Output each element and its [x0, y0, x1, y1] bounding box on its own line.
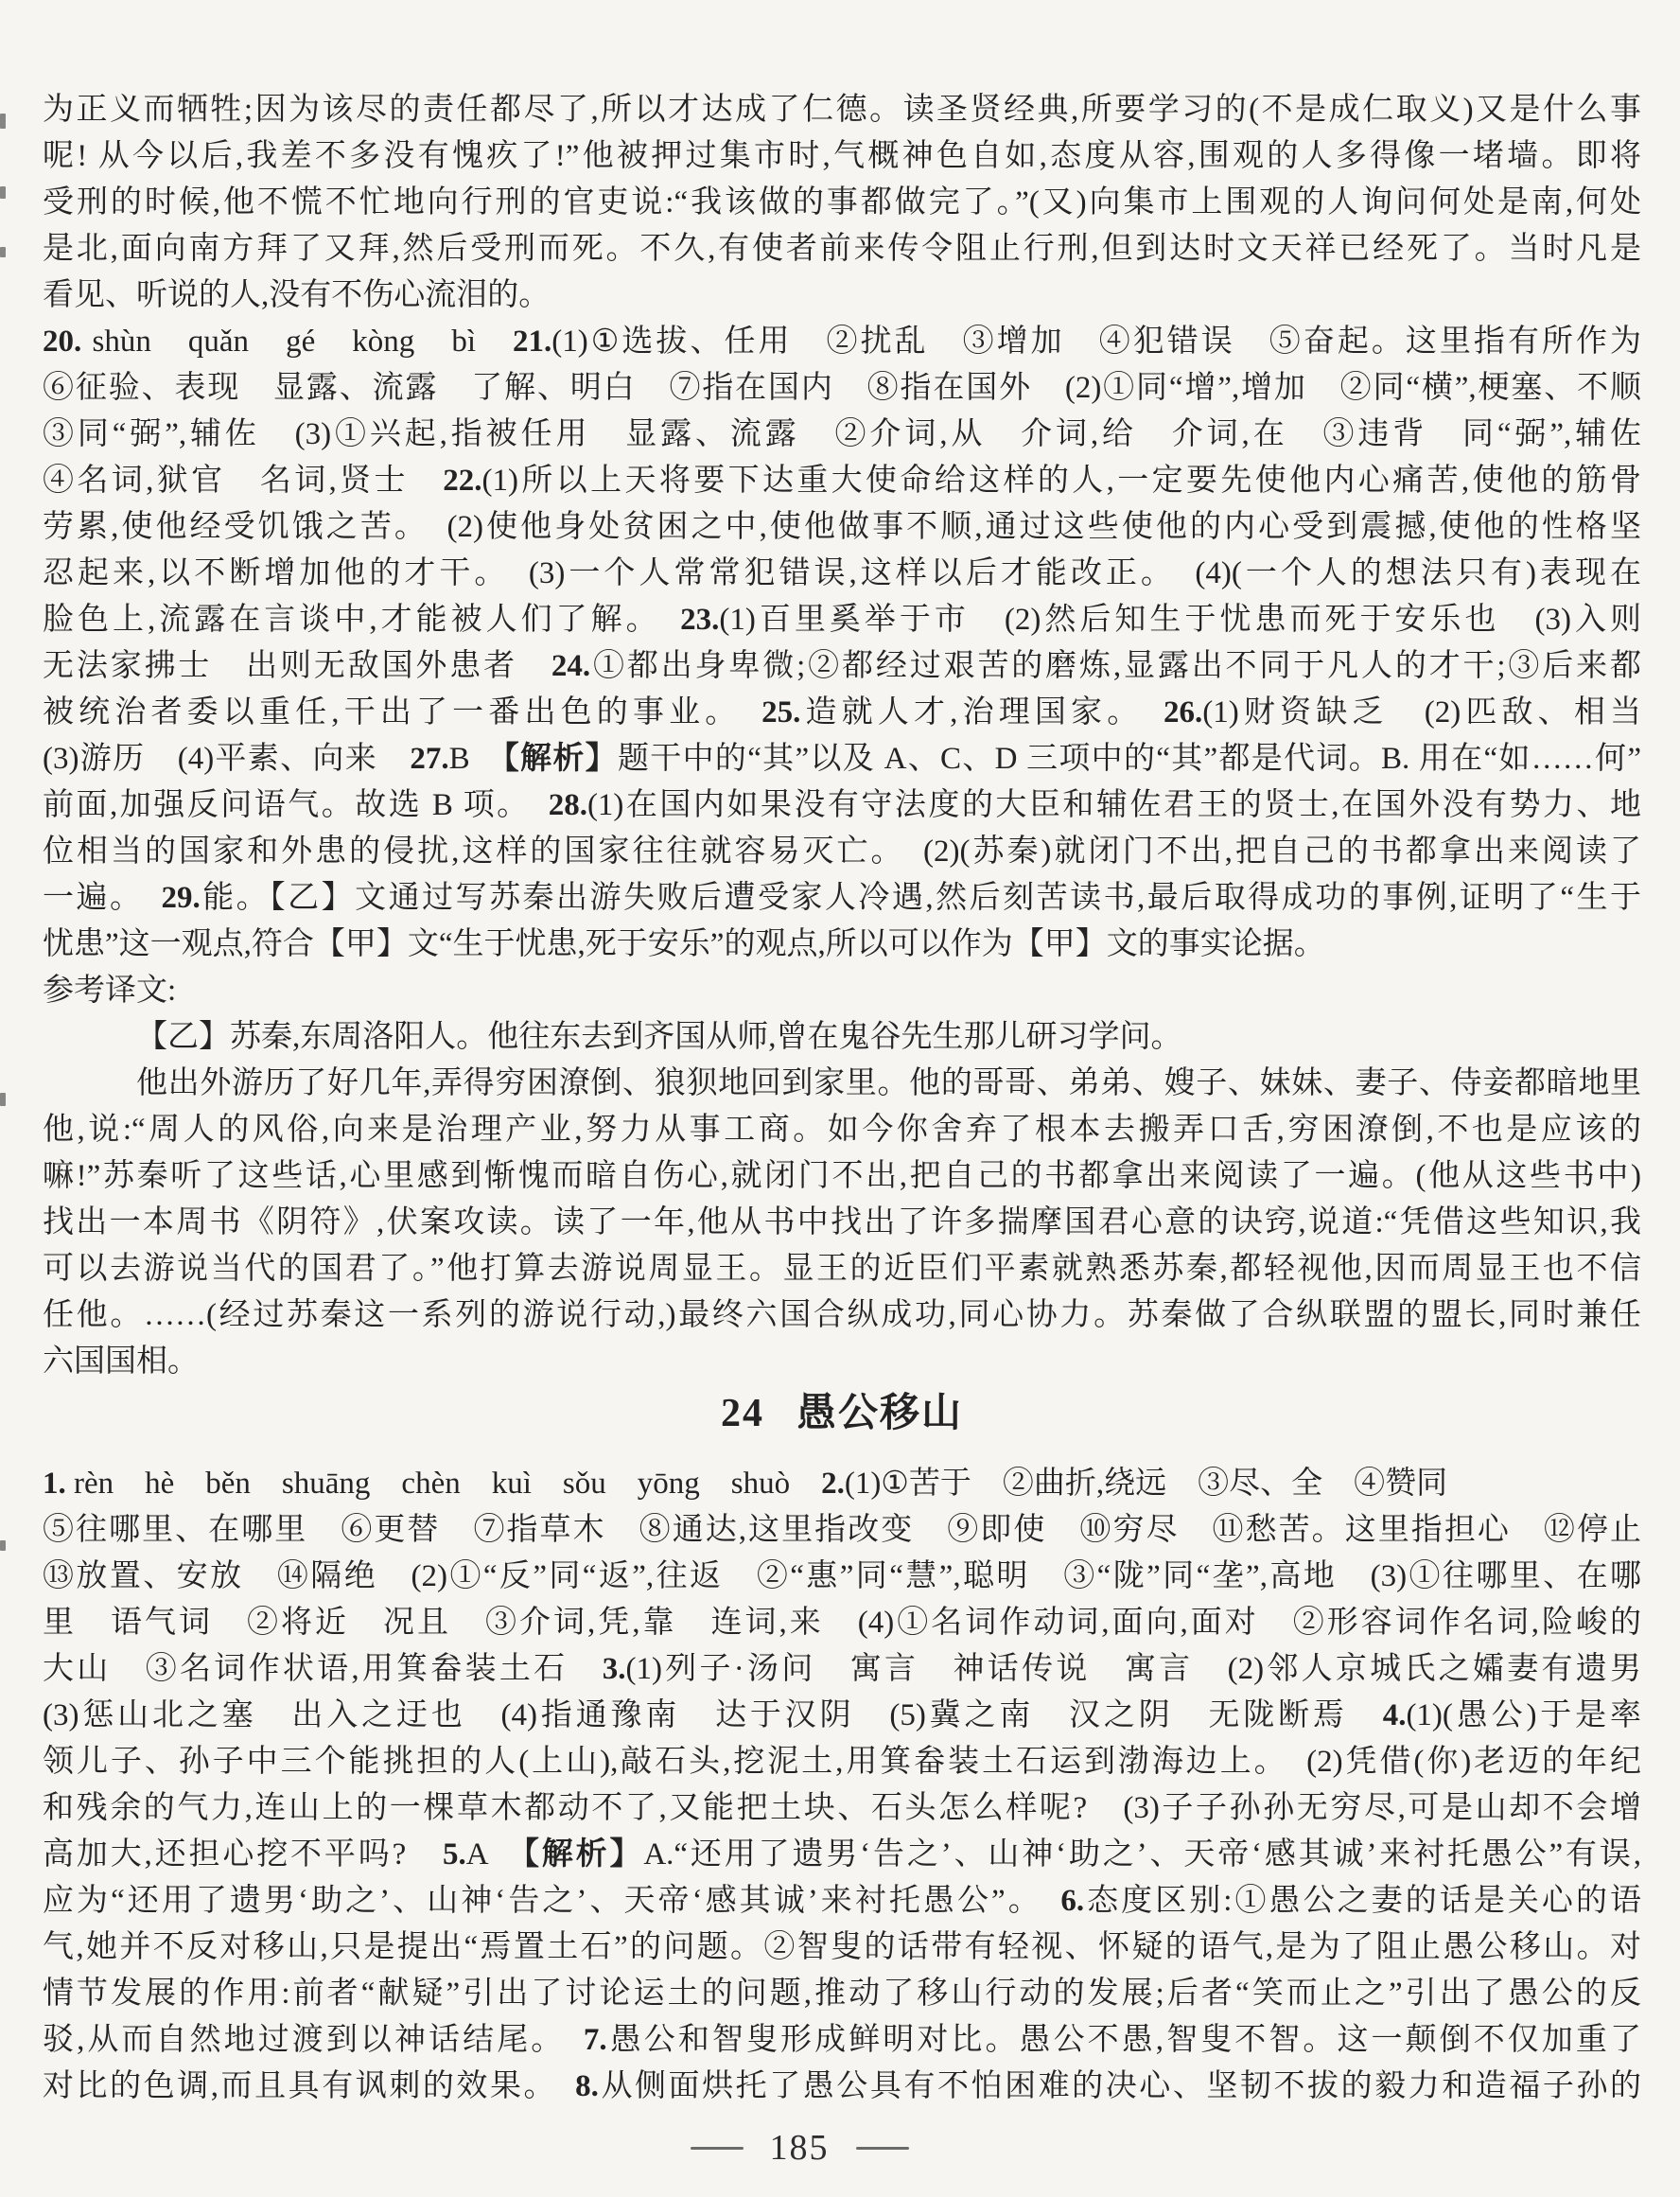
text-line: (3)惩山北之塞 出入之迂也 (4)指通豫南 达于汉阴 (5)冀之南 汉之阴 无…: [43, 1693, 1641, 1739]
text-line: 一遍。 29.能。【乙】文通过写苏秦出游失败后遭受家人冷遇,然后刻苦读书,最后取…: [43, 875, 1641, 922]
bold-segment: 23.: [680, 603, 719, 637]
section-header: 24愚公移山: [43, 1391, 1641, 1436]
text-segment: 劳累,使他经受饥饿之苦。 (2)使他身处贫困之中,使他做事不顺,通过这些使他的内…: [43, 510, 1641, 544]
section-title: 愚公移山: [796, 1392, 963, 1435]
text-line: 可以去游说当代的国君了。”他打算去游说周显王。显王的近臣们平素就熟悉苏秦,都轻视…: [43, 1246, 1641, 1292]
text-segment: rèn hè běn shuāng chèn kuì sǒu yōng shuò: [66, 1467, 821, 1501]
text-segment: ⑤往哪里、在哪里 ⑥更替 ⑦指草木 ⑧通达,这里指改变 ⑨即使 ⑩穷尽 ⑪愁苦。…: [43, 1513, 1641, 1547]
scan-edge-mark: [0, 247, 6, 257]
text-segment: 【乙】苏秦,东周洛阳人。他往东去到齐国从师,曾在鬼谷先生那儿研习学问。: [136, 1020, 1182, 1054]
bold-segment: 1.: [43, 1467, 66, 1501]
text-segment: ①都出身卑微;②都经过艰苦的磨炼,显露出不同于凡人的才干;③后来都: [590, 649, 1641, 683]
text-segment: 愚公和智叟形成鲜明对比。愚公不愚,智叟不智。这一颠倒不仅加重了: [607, 2023, 1641, 2057]
text-line: 领儿子、孙子中三个能挑担的人(上山),敲石头,挖泥土,用箕畚装土石运到渤海边上。…: [43, 1739, 1641, 1785]
text-line: 前面,加强反问语气。故选 B 项。 28.(1)在国内如果没有守法度的大臣和辅佐…: [43, 782, 1641, 829]
answers-block-2: 1. rèn hè běn shuāng chèn kuì sǒu yōng s…: [43, 1461, 1641, 2110]
text-segment: (1)百里奚举于市 (2)然后知生于忧患而死于安乐也 (3)入则: [719, 603, 1641, 637]
text-line: 参考译文:: [43, 968, 1641, 1014]
text-line: 20. shùn quǎn gé kòng bì 21.(1)①选拔、任用 ②扰…: [43, 319, 1641, 365]
text-segment: 驳,从而自然地过渡到以神话结尾。: [43, 2023, 584, 2057]
text-line: 他,说:“周人的风俗,向来是治理产业,努力从事工商。如今你舍弃了根本去搬弄口舌,…: [43, 1107, 1641, 1153]
text-segment: 里 语气词 ②将近 况且 ③介词,凭,靠 连词,来 (4)①名词作动词,面向,面…: [43, 1606, 1641, 1640]
text-segment: 是北,面向南方拜了又拜,然后受刑而死。不久,有使者前来传令阻止行刑,但到达时文天…: [43, 232, 1641, 266]
bold-segment: 3.: [603, 1652, 626, 1686]
text-segment: 嘛!”苏秦听了这些话,心里感到惭愧而暗自伤心,就闭门不出,把自己的书都拿出来阅读…: [43, 1159, 1641, 1193]
text-segment: ③同“弼”,辅佐 (3)①兴起,指被任用 显露、流露 ②介词,从 介词,给 介词…: [43, 417, 1641, 451]
text-segment: ⑥征验、表现 显露、流露 了解、明白 ⑦指在国内 ⑧指在国外 (2)①同“增”,…: [43, 371, 1641, 405]
bold-segment: 4.: [1383, 1698, 1407, 1732]
text-segment: 从侧面烘托了愚公具有不怕困难的决心、坚韧不拔的毅力和造福子孙的: [599, 2069, 1641, 2103]
text-segment: 看见、听说的人,没有不伤心流泪的。: [43, 278, 550, 312]
text-segment: 情节发展的作用:前者“献疑”引出了讨论运土的问题,推动了移山行动的发展;后者“笑…: [43, 1977, 1641, 2011]
text-line: 呢! 从今以后,我差不多没有愧疚了!”他被押过集市时,气概神色自如,态度从容,围…: [43, 133, 1641, 180]
bold-segment: 5.: [443, 1837, 466, 1872]
scan-edge-mark: [0, 186, 6, 199]
bold-segment: 8.: [575, 2069, 599, 2103]
text-segment: 和残余的气力,连山上的一棵草木都动不了,又能把土块、石头怎么样呢? (3)子子孙…: [43, 1791, 1641, 1825]
text-line: 他出外游历了好几年,弄得穷困潦倒、狼狈地回到家里。他的哥哥、弟弟、嫂子、妹妹、妻…: [43, 1061, 1641, 1107]
scan-edge-mark: [0, 1093, 6, 1106]
text-segment: 前面,加强反问语气。故选 B 项。: [43, 788, 549, 822]
text-segment: 大山 ③名词作状语,用箕畚装土石: [43, 1652, 603, 1686]
text-line: 六国国相。: [43, 1339, 1641, 1385]
text-line: (3)游历 (4)平素、向来 27.B 【解析】题干中的“其”以及 A、C、D …: [43, 736, 1641, 782]
bold-segment: 2.: [821, 1467, 845, 1501]
text-segment: 能。【乙】文通过写苏秦出游失败后遭受家人冷遇,然后刻苦读书,最后取得成功的事例,…: [201, 881, 1641, 915]
text-line: 受刑的时候,他不慌不忙地向行刑的官吏说:“我该做的事都做完了。”(又)向集市上围…: [43, 180, 1641, 226]
text-segment: 找出一本周书《阴符》,伏案攻读。读了一年,他从书中找出了许多揣摩国君心意的诀窍,…: [43, 1205, 1641, 1239]
footer-dash-left: [691, 2147, 744, 2150]
text-segment: (1)①选拔、任用 ②扰乱 ③增加 ④犯错误 ⑤奋起。这里指有所作为: [551, 325, 1641, 359]
scan-edge-mark: [0, 1540, 6, 1551]
text-segment: 无法家拂士 出则无敌国外患者: [43, 649, 551, 683]
footer-dash-right: [856, 2147, 909, 2150]
text-line: 脸色上,流露在言谈中,才能被人们了解。 23.(1)百里奚举于市 (2)然后知生…: [43, 597, 1641, 643]
text-line: 看见、听说的人,没有不伤心流泪的。: [43, 272, 1641, 319]
text-segment: 脸色上,流露在言谈中,才能被人们了解。: [43, 603, 680, 637]
text-segment: 一遍。: [43, 881, 161, 915]
text-segment: 呢! 从今以后,我差不多没有愧疚了!”他被押过集市时,气概神色自如,态度从容,围…: [43, 139, 1641, 173]
text-line: 忧患”这一观点,符合【甲】文“生于忧患,死于安乐”的观点,所以可以作为【甲】文的…: [43, 922, 1641, 968]
text-segment: ⑬放置、安放 ⑭隔绝 (2)①“反”同“返”,往返 ②“惠”同“慧”,聪明 ③“…: [43, 1559, 1641, 1593]
text-line: 高加大,还担心挖不平吗? 5.A 【解析】A.“还用了遗男‘告之’、山神‘助之’…: [43, 1832, 1641, 1878]
text-segment: (1)列子·汤问 寓言 神话传说 寓言 (2)邻人京城氏之孀妻有遗男: [625, 1652, 1641, 1686]
text-segment: 忍起来,以不断增加他的才干。 (3)一个人常常犯错误,这样以后才能改正。 (4)…: [43, 556, 1641, 590]
bold-segment: 22.: [443, 464, 481, 498]
text-segment: B: [449, 742, 504, 776]
text-segment: 气,她并不反对移山,只是提出“焉置土石”的问题。②智叟的话带有轻视、怀疑的语气,…: [43, 1930, 1641, 1964]
text-line: 嘛!”苏秦听了这些话,心里感到惭愧而暗自伤心,就闭门不出,把自己的书都拿出来阅读…: [43, 1153, 1641, 1200]
bold-segment: 【解析】: [523, 1837, 643, 1872]
text-line: 大山 ③名词作状语,用箕畚装土石 3.(1)列子·汤问 寓言 神话传说 寓言 (…: [43, 1646, 1641, 1693]
text-line: 气,她并不反对移山,只是提出“焉置土石”的问题。②智叟的话带有轻视、怀疑的语气,…: [43, 1925, 1641, 1971]
text-line: ⑬放置、安放 ⑭隔绝 (2)①“反”同“返”,往返 ②“惠”同“慧”,聪明 ③“…: [43, 1554, 1641, 1600]
section-number: 24: [721, 1392, 764, 1435]
text-line: 任他。……(经过苏秦这一系列的游说行动,)最终六国合纵成功,同心协力。苏秦做了合…: [43, 1292, 1641, 1339]
text-segment: 被统治者委以重任,干出了一番出色的事业。: [43, 695, 761, 729]
text-line: 找出一本周书《阴符》,伏案攻读。读了一年,他从书中找出了许多揣摩国君心意的诀窍,…: [43, 1200, 1641, 1246]
text-segment: 他出外游历了好几年,弄得穷困潦倒、狼狈地回到家里。他的哥哥、弟弟、嫂子、妹妹、妻…: [43, 1066, 1641, 1107]
text-segment: 高加大,还担心挖不平吗?: [43, 1837, 443, 1872]
text-line: ④名词,狱官 名词,贤士 22.(1)所以上天将要下达重大使命给这样的人,一定要…: [43, 458, 1641, 504]
text-line: 是北,面向南方拜了又拜,然后受刑而死。不久,有使者前来传令阻止行刑,但到达时文天…: [43, 226, 1641, 272]
text-segment: 他,说:“周人的风俗,向来是治理产业,努力从事工商。如今你舍弃了根本去搬弄口舌,…: [43, 1113, 1641, 1147]
answer-key-page: 为正义而牺牲;因为该尽的责任都尽了,所以才达成了仁德。读圣贤经典,所要学习的(不…: [0, 0, 1680, 2197]
text-segment: (1)在国内如果没有守法度的大臣和辅佐君王的贤士,在国外没有势力、地: [587, 788, 1641, 822]
bold-segment: 26.: [1164, 695, 1202, 729]
bold-segment: 27.: [410, 742, 448, 776]
text-segment: (1)①苦于 ②曲折,绕远 ③尽、全 ④赞同: [845, 1467, 1447, 1501]
text-line: ⑤往哪里、在哪里 ⑥更替 ⑦指草木 ⑧通达,这里指改变 ⑨即使 ⑩穷尽 ⑪愁苦。…: [43, 1507, 1641, 1554]
text-line: ⑥征验、表现 显露、流露 了解、明白 ⑦指在国内 ⑧指在国外 (2)①同“增”,…: [43, 365, 1641, 412]
text-segment: 对比的色调,而且具有讽刺的效果。: [43, 2069, 575, 2103]
text-segment: 任他。……(经过苏秦这一系列的游说行动,)最终六国合纵成功,同心协力。苏秦做了合…: [43, 1298, 1641, 1332]
text-line: 情节发展的作用:前者“献疑”引出了讨论运土的问题,推动了移山行动的发展;后者“笑…: [43, 1971, 1641, 2017]
page-footer: 185: [0, 2125, 1599, 2171]
text-line: 无法家拂士 出则无敌国外患者 24.①都出身卑微;②都经过艰苦的磨炼,显露出不同…: [43, 643, 1641, 690]
text-segment: shùn quǎn gé kòng bì: [81, 325, 513, 359]
text-line: 【乙】苏秦,东周洛阳人。他往东去到齐国从师,曾在鬼谷先生那儿研习学问。: [43, 1014, 1641, 1061]
text-segment: 应为“还用了遗男‘助之’、山神‘告之’、天帝‘感其诚’来衬托愚公”。: [43, 1884, 1060, 1918]
bold-segment: 28.: [549, 788, 587, 822]
answers-block-1: 为正义而牺牲;因为该尽的责任都尽了,所以才达成了仁德。读圣贤经典,所要学习的(不…: [43, 87, 1641, 1385]
bold-segment: 29.: [161, 881, 200, 915]
text-segment: 六国国相。: [43, 1345, 199, 1379]
bold-segment: 6.: [1060, 1884, 1084, 1918]
page-number: 185: [770, 2127, 830, 2169]
text-segment: 忧患”这一观点,符合【甲】文“生于忧患,死于安乐”的观点,所以可以作为【甲】文的…: [43, 927, 1325, 961]
bold-segment: 25.: [761, 695, 800, 729]
bold-segment: 21.: [513, 325, 551, 359]
text-line: 被统治者委以重任,干出了一番出色的事业。 25.造就人才,治理国家。 26.(1…: [43, 690, 1641, 736]
text-line: 1. rèn hè běn shuāng chèn kuì sǒu yōng s…: [43, 1461, 1641, 1507]
bold-segment: 【解析】: [503, 742, 618, 776]
text-segment: (3)游历 (4)平素、向来: [43, 742, 410, 776]
text-segment: ④名词,狱官 名词,贤士: [43, 464, 443, 498]
text-segment: A.“还用了遗男‘告之’、山神‘助之’、天帝‘感其诚’来衬托愚公”有误,: [643, 1837, 1641, 1872]
text-segment: (1)财资缺乏 (2)匹敌、相当: [1202, 695, 1641, 729]
text-segment: 参考译文:: [43, 974, 176, 1008]
text-line: 应为“还用了遗男‘助之’、山神‘告之’、天帝‘感其诚’来衬托愚公”。 6.态度区…: [43, 1878, 1641, 1925]
text-line: 位相当的国家和外患的侵扰,这样的国家往往就容易灭亡。 (2)(苏秦)就闭门不出,…: [43, 829, 1641, 875]
bold-segment: 20.: [43, 325, 81, 359]
text-line: 里 语气词 ②将近 况且 ③介词,凭,靠 连词,来 (4)①名词作动词,面向,面…: [43, 1600, 1641, 1646]
text-segment: 造就人才,治理国家。: [800, 695, 1164, 729]
text-segment: 为正义而牺牲;因为该尽的责任都尽了,所以才达成了仁德。读圣贤经典,所要学习的(不…: [43, 93, 1641, 127]
text-line: 和残余的气力,连山上的一棵草木都动不了,又能把土块、石头怎么样呢? (3)子子孙…: [43, 1785, 1641, 1832]
text-segment: 受刑的时候,他不慌不忙地向行刑的官吏说:“我该做的事都做完了。”(又)向集市上围…: [43, 185, 1641, 220]
text-segment: 可以去游说当代的国君了。”他打算去游说周显王。显王的近臣们平素就熟悉苏秦,都轻视…: [43, 1252, 1641, 1286]
text-segment: 态度区别:①愚公之妻的话是关心的语: [1084, 1884, 1641, 1918]
text-segment: (1)所以上天将要下达重大使命给这样的人,一定要先使他内心痛苦,使他的筋骨: [482, 464, 1641, 498]
text-line: 劳累,使他经受饥饿之苦。 (2)使他身处贫困之中,使他做事不顺,通过这些使他的内…: [43, 504, 1641, 551]
text-segment: 领儿子、孙子中三个能挑担的人(上山),敲石头,挖泥土,用箕畚装土石运到渤海边上。…: [43, 1745, 1641, 1779]
text-segment: (3)惩山北之塞 出入之迂也 (4)指通豫南 达于汉阴 (5)冀之南 汉之阴 无…: [43, 1698, 1383, 1732]
text-line: ③同“弼”,辅佐 (3)①兴起,指被任用 显露、流露 ②介词,从 介词,给 介词…: [43, 412, 1641, 458]
text-line: 驳,从而自然地过渡到以神话结尾。 7.愚公和智叟形成鲜明对比。愚公不愚,智叟不智…: [43, 2017, 1641, 2064]
text-line: 为正义而牺牲;因为该尽的责任都尽了,所以才达成了仁德。读圣贤经典,所要学习的(不…: [43, 87, 1641, 133]
bold-segment: 24.: [551, 649, 590, 683]
text-line: 对比的色调,而且具有讽刺的效果。 8.从侧面烘托了愚公具有不怕困难的决心、坚韧不…: [43, 2064, 1641, 2110]
text-segment: (1)(愚公)于是率: [1406, 1698, 1641, 1732]
text-segment: A: [466, 1837, 524, 1872]
bold-segment: 7.: [584, 2023, 607, 2057]
text-segment: 题干中的“其”以及 A、C、D 三项中的“其”都是代词。B. 用在“如……何”: [618, 742, 1641, 776]
scan-edge-mark: [0, 114, 6, 129]
text-segment: 位相当的国家和外患的侵扰,这样的国家往往就容易灭亡。 (2)(苏秦)就闭门不出,…: [43, 835, 1641, 869]
text-line: 忍起来,以不断增加他的才干。 (3)一个人常常犯错误,这样以后才能改正。 (4)…: [43, 551, 1641, 597]
